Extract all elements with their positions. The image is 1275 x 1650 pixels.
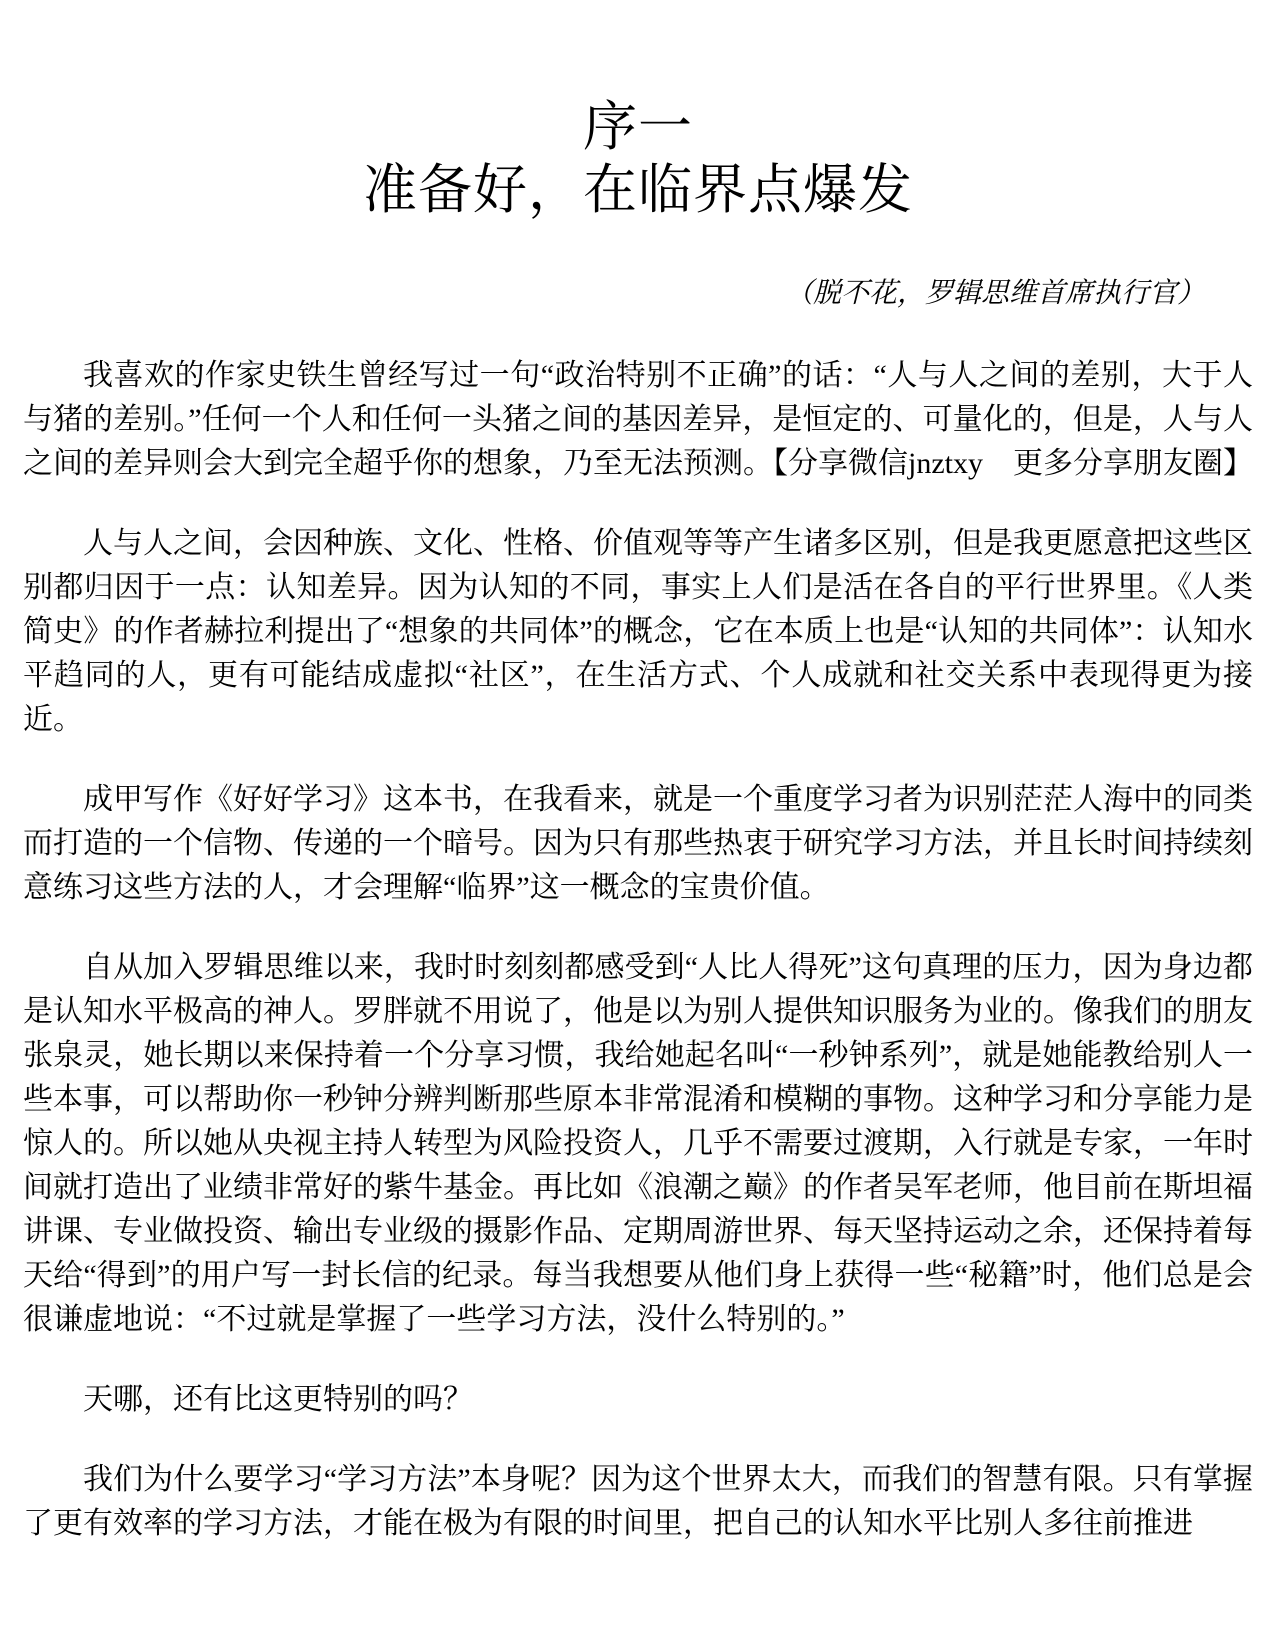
paragraph-5: 天哪，还有比这更特别的吗？: [23, 1378, 1253, 1422]
paragraph-1: 我喜欢的作家史铁生曾经写过一句“政治特别不正确”的话：“人与人之间的差别，大于人…: [23, 354, 1253, 486]
paragraph-2: 人与人之间，会因种族、文化、性格、价值观等等产生诸多区别，但是我更愿意把这些区别…: [23, 522, 1253, 742]
chapter-number-title: 序一: [23, 96, 1253, 159]
paragraph-4: 自从加入罗辑思维以来，我时时刻刻都感受到“人比人得死”这句真理的压力，因为身边都…: [23, 946, 1253, 1342]
body-text: 我喜欢的作家史铁生曾经写过一句“政治特别不正确”的话：“人与人之间的差别，大于人…: [23, 354, 1253, 1546]
chapter-title: 准备好，在临界点爆发: [23, 159, 1253, 222]
paragraph-6: 我们为什么要学习“学习方法”本身呢？因为这个世界太大，而我们的智慧有限。只有掌握…: [23, 1458, 1253, 1546]
document-page: 序一 准备好，在临界点爆发 （脱不花，罗辑思维首席执行官） 我喜欢的作家史铁生曾…: [0, 0, 1275, 1650]
paragraph-3: 成甲写作《好好学习》这本书，在我看来，就是一个重度学习者为识别茫茫人海中的同类而…: [23, 778, 1253, 910]
author-attribution: （脱不花，罗辑思维首席执行官）: [23, 274, 1253, 314]
chapter-heading: 序一 准备好，在临界点爆发: [23, 96, 1253, 222]
